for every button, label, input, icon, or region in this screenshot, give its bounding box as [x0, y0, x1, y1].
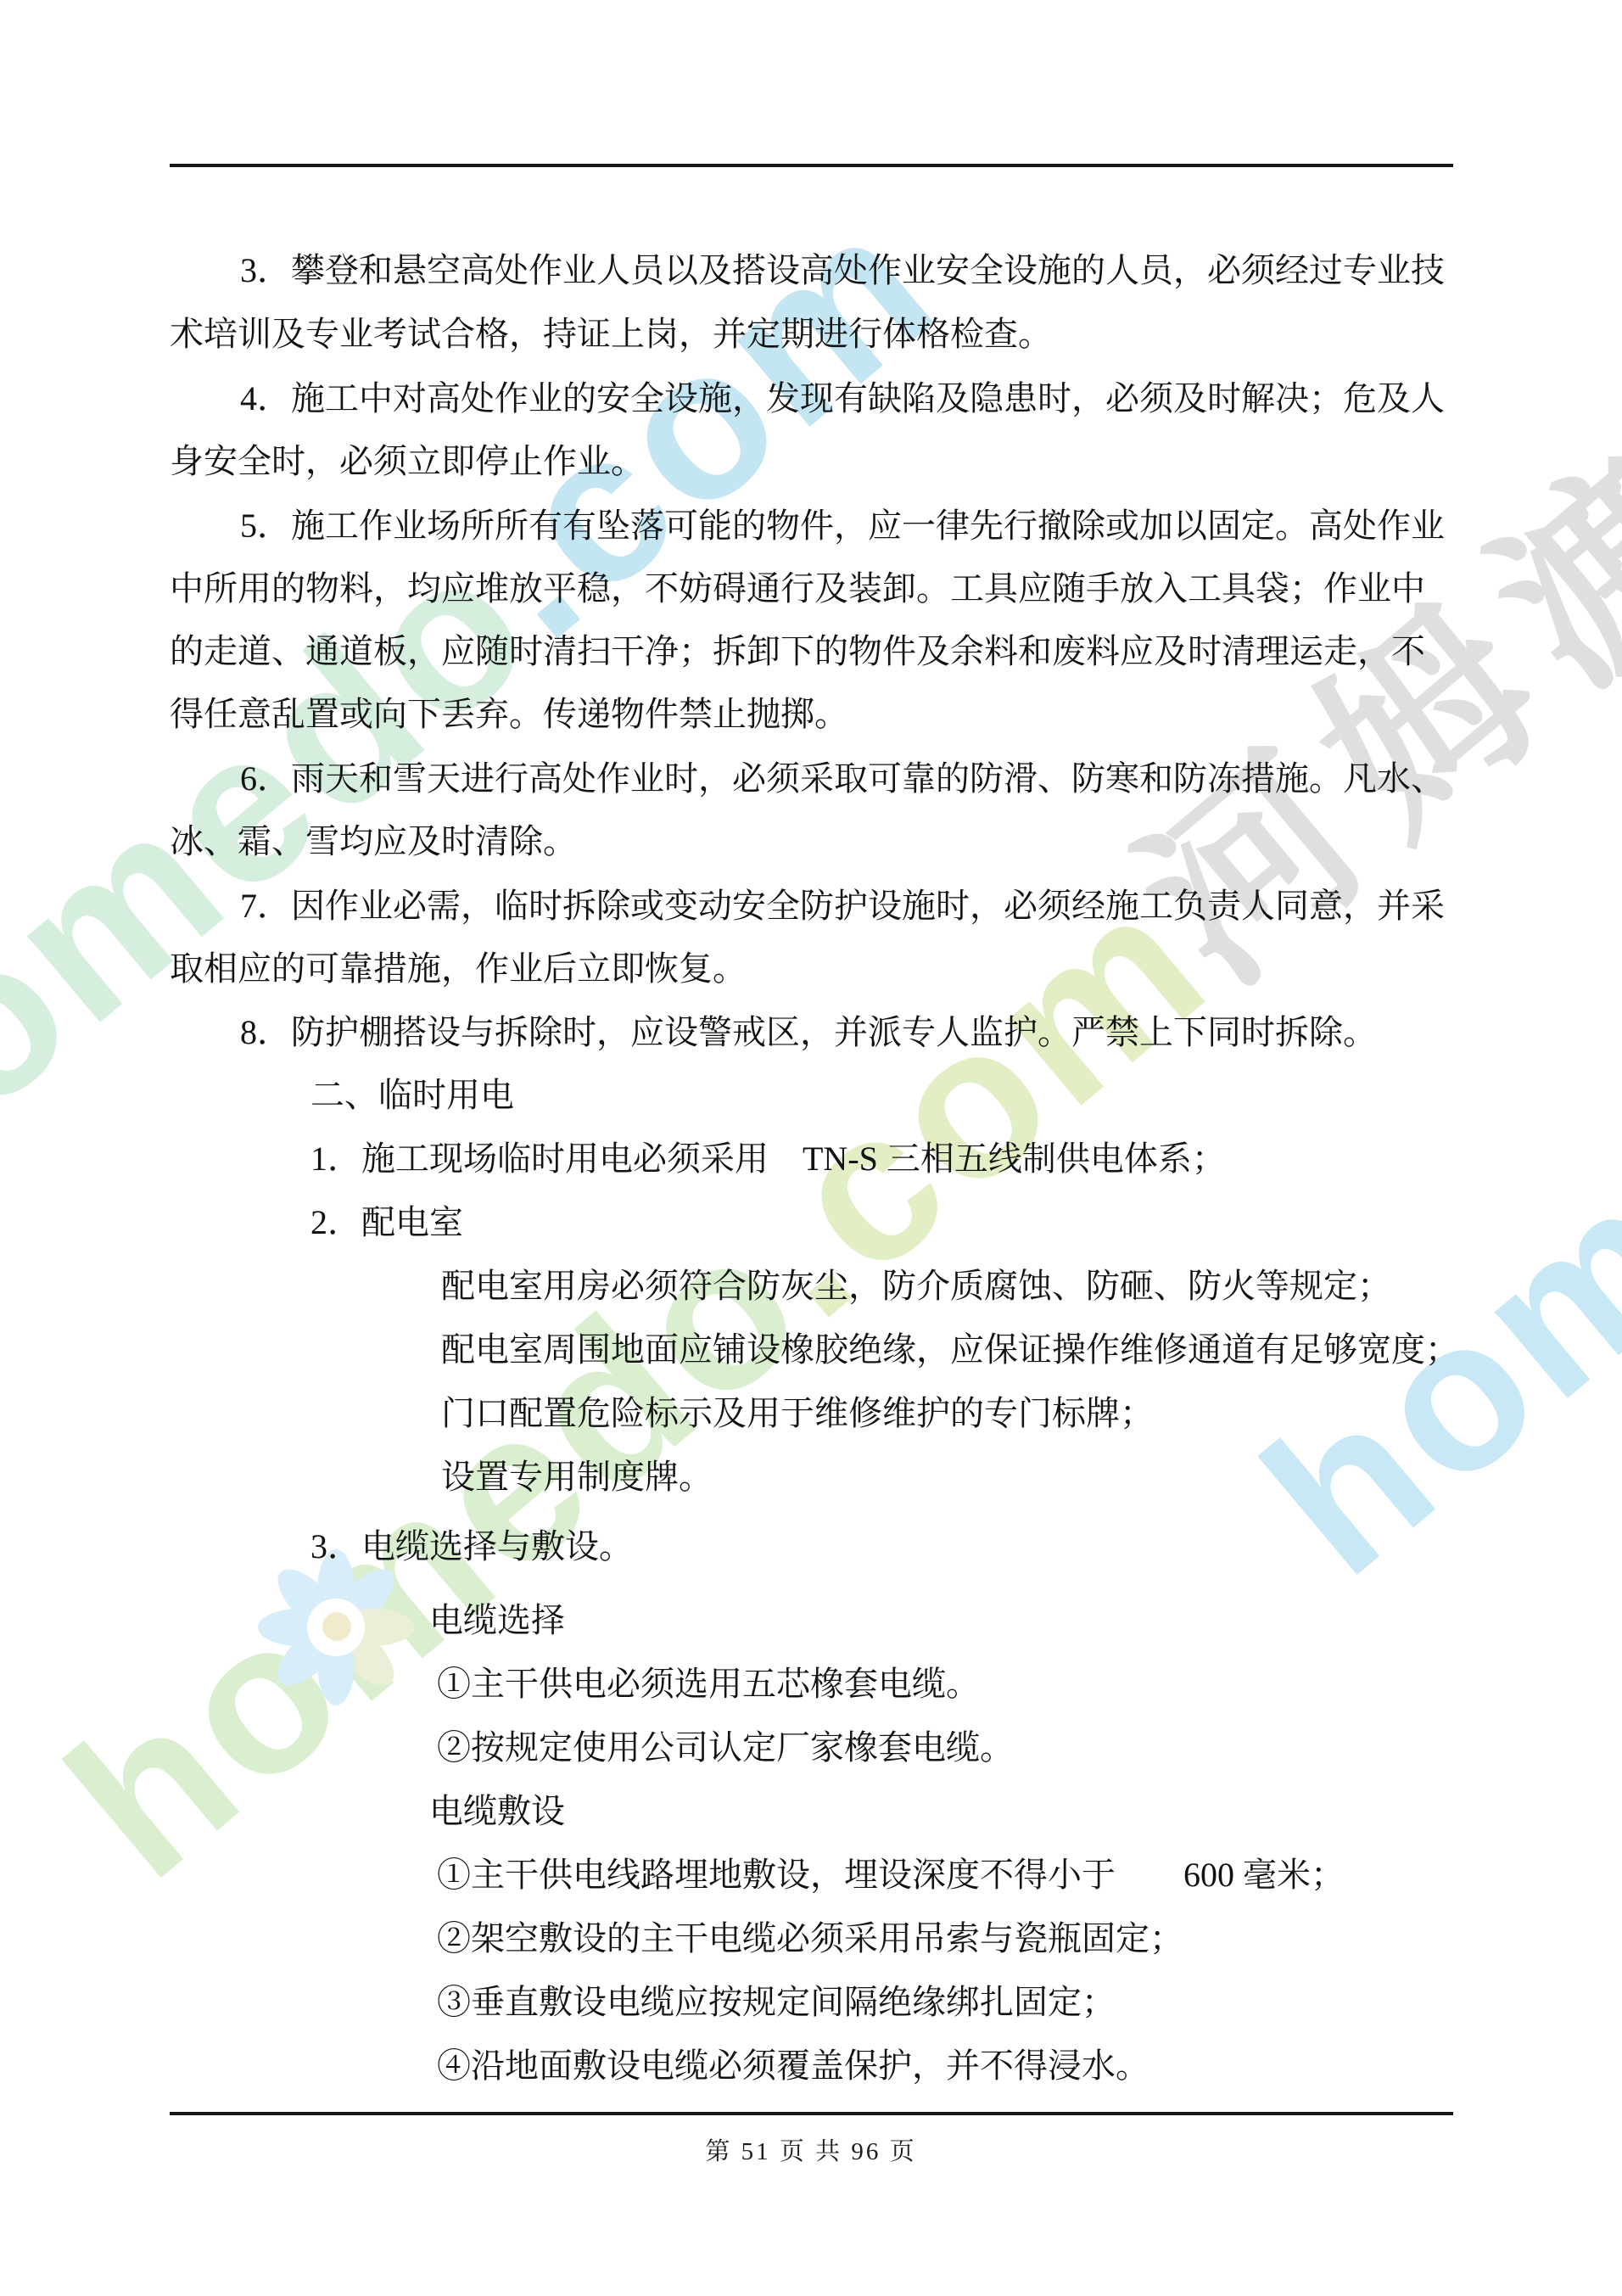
header-rule	[170, 164, 1453, 167]
flower-petal	[327, 1619, 405, 1696]
watermark-cn-name: 河姆渡	[1104, 405, 1622, 1022]
flower-petal	[343, 1609, 414, 1646]
doc-line: 术培训及专业考试合格，持证上岗，并定期进行体格检查。	[170, 315, 1052, 354]
doc-line: 得任意乱置或向下丢弃。传递物件禁止抛掷。	[170, 695, 848, 734]
doc-line: 1．施工现场临时用电必须采用 TN-S 三相五线制供电体系；	[310, 1140, 1226, 1179]
doc-line: 门口配置危险标示及用于维修维护的专门标牌；	[441, 1394, 1154, 1433]
doc-line: 3．攀登和悬空高处作业人员以及搭设高处作业安全设施的人员，必须经过专业技	[240, 251, 1445, 290]
flower-center-gap	[307, 1599, 365, 1656]
footer-rule	[170, 2112, 1453, 2115]
flower-center-core	[322, 1612, 351, 1641]
doc-line: 取相应的可靠措施，作业后立即恢复。	[170, 949, 747, 988]
flower-petal	[317, 1634, 355, 1705]
doc-line: 4．施工中对高处作业的安全设施，发现有缺陷及隐患时，必须及时解决；危及人	[240, 379, 1445, 418]
doc-line: 电缆选择	[429, 1601, 565, 1640]
flower-petal	[258, 1609, 329, 1646]
doc-line: 中所用的物料，均应堆放平稳，不妨碍通行及装卸。工具应随手放入工具袋；作业中	[170, 569, 1425, 608]
doc-line: 3．电缆选择与敷设。	[310, 1527, 633, 1566]
doc-line: 电缆敷设	[429, 1792, 565, 1831]
watermark-brand: homedo	[0, 501, 575, 1244]
doc-line: 8．防护棚搭设与拆除时，应设警戒区，并派专人监护。严禁上下同时拆除。	[240, 1013, 1377, 1052]
doc-line: ③垂直敷设电缆应按规定间隔绝缘绑扎固定；	[437, 1983, 1116, 2022]
doc-line: ②架空敷设的主干电缆必须采用吊索与瓷瓶固定；	[437, 1919, 1183, 1958]
doc-line: ④沿地面敷设电缆必须覆盖保护，并不得浸水。	[437, 2047, 1149, 2086]
page-number: 第 51 页 共 96 页	[0, 2132, 1622, 2167]
flower-petal	[267, 1559, 344, 1636]
doc-line: 的走道、通道板，应随时清扫干净；拆卸下的物件及余料和废料应及时清理运走，不	[170, 632, 1425, 671]
homedo-flower-logo-watermark	[254, 1546, 417, 1709]
doc-line: 5．施工作业场所所有有坠落可能的物件，应一律先行撤除或加以固定。高处作业	[240, 507, 1445, 546]
flower-petal	[267, 1619, 344, 1696]
document-page: homedo.com homedo.com河姆渡 homedo 3．攀登和悬空高…	[0, 0, 1622, 2296]
watermark-brand: homedo	[1222, 876, 1622, 1620]
doc-line: 身安全时，必须立即停止作业。	[170, 442, 645, 481]
doc-line section-heading: 二、临时用电	[310, 1076, 514, 1115]
doc-line: 冰、霜、雪均应及时清除。	[170, 822, 577, 861]
flower-petal	[327, 1559, 405, 1636]
doc-line: 配电室用房必须符合防灰尘，防介质腐蚀、防砸、防火等规定；	[441, 1267, 1391, 1306]
doc-line: 配电室周围地面应铺设橡胶绝缘，应保证操作维修通道有足够宽度；	[441, 1330, 1459, 1369]
doc-line: 2．配电室	[310, 1203, 463, 1242]
doc-line: 6．雨天和雪天进行高处作业时，必须采取可靠的防滑、防寒和防冻措施。凡水、	[240, 759, 1445, 798]
doc-line: ②按规定使用公司认定厂家橡套电缆。	[437, 1728, 1014, 1767]
watermark-text: homedo	[1230, 886, 1622, 1610]
doc-line: 7．因作业必需，临时拆除或变动安全防护设施时，必须经施工负责人同意，并采	[240, 887, 1445, 926]
doc-line: ①主干供电必须选用五芯橡套电缆。	[437, 1665, 980, 1704]
doc-line: 设置专用制度牌。	[441, 1458, 713, 1497]
doc-line: ①主干供电线路埋地敷设，埋设深度不得小于 600 毫米；	[437, 1856, 1345, 1895]
